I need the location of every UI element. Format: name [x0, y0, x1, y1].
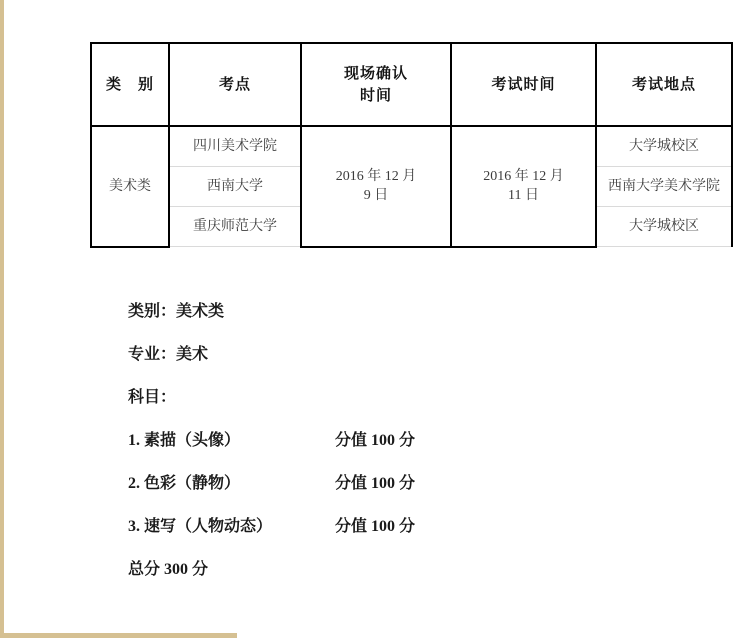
header-confirm-time-line1: 现场确认	[302, 63, 450, 85]
table-header-row: 类 别 考点 现场确认 时间 考试时间 考试地点	[91, 43, 732, 126]
cell-location-2: 西南大学美术学院	[596, 167, 732, 207]
exam-details: 类别：美术类 专业：美术 科目： 1. 素描（头像） 分值 100 分 2. 色…	[128, 303, 608, 604]
cell-category: 美术类	[91, 126, 169, 247]
confirm-time-line1: 2016 年 12 月	[302, 167, 450, 186]
header-exam-location-label: 考试地点	[632, 77, 696, 93]
cell-exam-time: 2016 年 12 月 11 日	[451, 126, 596, 247]
exam-schedule-table: 类 别 考点 现场确认 时间 考试时间 考试地点 美术类 四川美术学院 2016…	[90, 42, 733, 248]
subject-name: 1. 素描（头像）	[128, 432, 335, 449]
header-exam-time: 考试时间	[451, 43, 596, 126]
exam-time-line2: 11 日	[452, 186, 595, 205]
header-site-label: 考点	[219, 77, 251, 93]
scan-edge-left	[0, 0, 4, 638]
subject-line-1: 1. 素描（头像） 分值 100 分	[128, 432, 608, 449]
header-exam-time-label: 考试时间	[491, 77, 555, 93]
subject-line-3: 3. 速写（人物动态） 分值 100 分	[128, 518, 608, 535]
header-category-label: 类 别	[106, 77, 154, 93]
table-row: 美术类 四川美术学院 2016 年 12 月 9 日 2016 年 12 月 1…	[91, 126, 732, 167]
subject-score: 分值 100 分	[335, 475, 415, 492]
cell-location-3: 大学城校区	[596, 207, 732, 247]
scan-edge-bottom	[0, 633, 237, 638]
header-category: 类 别	[91, 43, 169, 126]
cell-location-1: 大学城校区	[596, 126, 732, 167]
header-confirm-time: 现场确认 时间	[301, 43, 451, 126]
header-confirm-time-line2: 时间	[302, 85, 450, 107]
header-site: 考点	[169, 43, 301, 126]
subject-score: 分值 100 分	[335, 432, 415, 449]
total-line: 总分 300 分	[128, 561, 608, 578]
header-exam-location: 考试地点	[596, 43, 732, 126]
cell-site-2: 西南大学	[169, 167, 301, 207]
category-line: 类别：美术类	[128, 303, 608, 320]
exam-time-line1: 2016 年 12 月	[452, 167, 595, 186]
confirm-time-line2: 9 日	[302, 186, 450, 205]
cell-confirm-time: 2016 年 12 月 9 日	[301, 126, 451, 247]
cell-site-3: 重庆师范大学	[169, 207, 301, 247]
subject-line-2: 2. 色彩（静物） 分值 100 分	[128, 475, 608, 492]
subject-name: 2. 色彩（静物）	[128, 475, 335, 492]
cell-site-1: 四川美术学院	[169, 126, 301, 167]
major-line: 专业：美术	[128, 346, 608, 363]
subject-name: 3. 速写（人物动态）	[128, 518, 335, 535]
subject-score: 分值 100 分	[335, 518, 415, 535]
subjects-label: 科目：	[128, 389, 608, 406]
